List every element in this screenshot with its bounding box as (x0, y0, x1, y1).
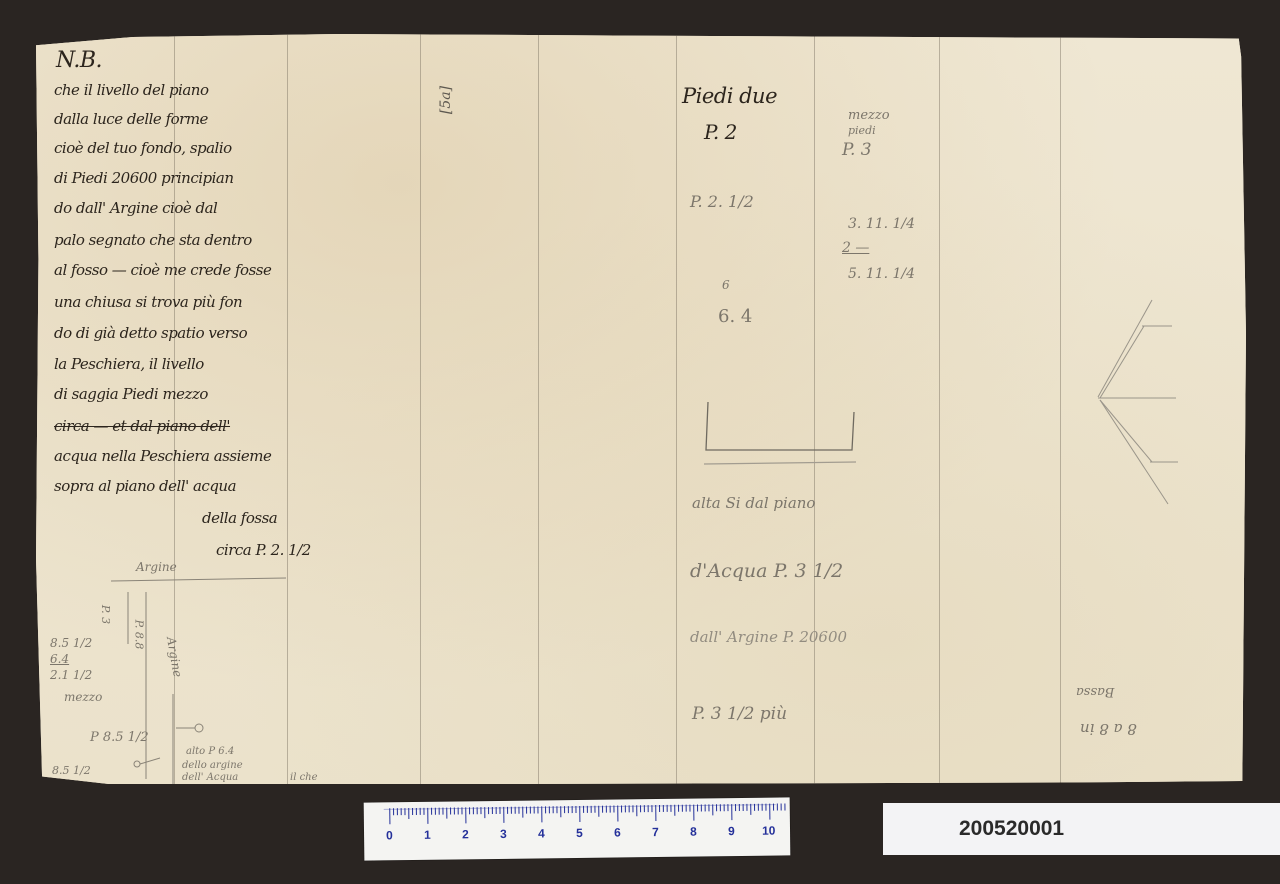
pencil-measure-diagram (36, 34, 336, 784)
pencil-note: dall' Argine P. 20600 (690, 628, 847, 646)
pencil-note: alta Si dal piano (692, 494, 815, 512)
pencil-note: 6 (722, 278, 730, 292)
ruler-label: 6 (614, 825, 621, 839)
ruler-label: 8 (690, 825, 697, 839)
ruler-label: 3 (500, 827, 507, 841)
pencil-note: 8 a 8 in (1080, 720, 1137, 738)
pencil-note: mezzo (848, 108, 890, 123)
pencil-note: 2 — (842, 240, 869, 256)
pencil-note: piedi (848, 124, 876, 137)
ruler-label: 9 (728, 824, 735, 838)
folio-mark: [5a] (438, 86, 454, 114)
catalog-id: 200520001 (959, 817, 1064, 841)
right-heading: Piedi due (682, 84, 777, 108)
pencil-note: P. 3 (842, 140, 872, 160)
ruler-label: 0 (386, 828, 393, 842)
pencil-note: 5. 11. 1/4 (848, 266, 915, 282)
ruler-label: 4 (538, 826, 545, 840)
pencil-note: P. 2. 1/2 (690, 192, 754, 211)
manuscript-sheet: N.B. che il livello del piano dalla luce… (36, 34, 1246, 784)
pencil-channel-diagram (686, 384, 926, 504)
pencil-note: d'Acqua P. 3 1/2 (690, 560, 843, 582)
pencil-note: 3. 11. 1/4 (848, 216, 915, 232)
ruler-label: 1 (424, 828, 431, 842)
ruled-line (676, 34, 677, 784)
pencil-sketch (1086, 294, 1206, 524)
pencil-note: P. 3 1/2 più (692, 704, 787, 724)
scale-ruler: 0 1 2 3 4 5 6 7 8 9 10 (364, 797, 791, 860)
catalog-id-label: 200520001 (883, 803, 1280, 855)
ruler-label: 7 (652, 825, 659, 839)
right-subheading: P. 2 (704, 120, 737, 144)
ruled-line (538, 34, 539, 784)
ruled-line (1060, 34, 1061, 784)
ruler-label: 10 (762, 824, 776, 838)
ruler-label: 2 (462, 827, 469, 841)
ruled-line (420, 34, 421, 784)
ruled-line (939, 34, 940, 784)
pencil-note: Bassa (1076, 684, 1114, 699)
pencil-note: 6. 4 (718, 306, 752, 327)
ruler-label: 5 (576, 826, 583, 840)
